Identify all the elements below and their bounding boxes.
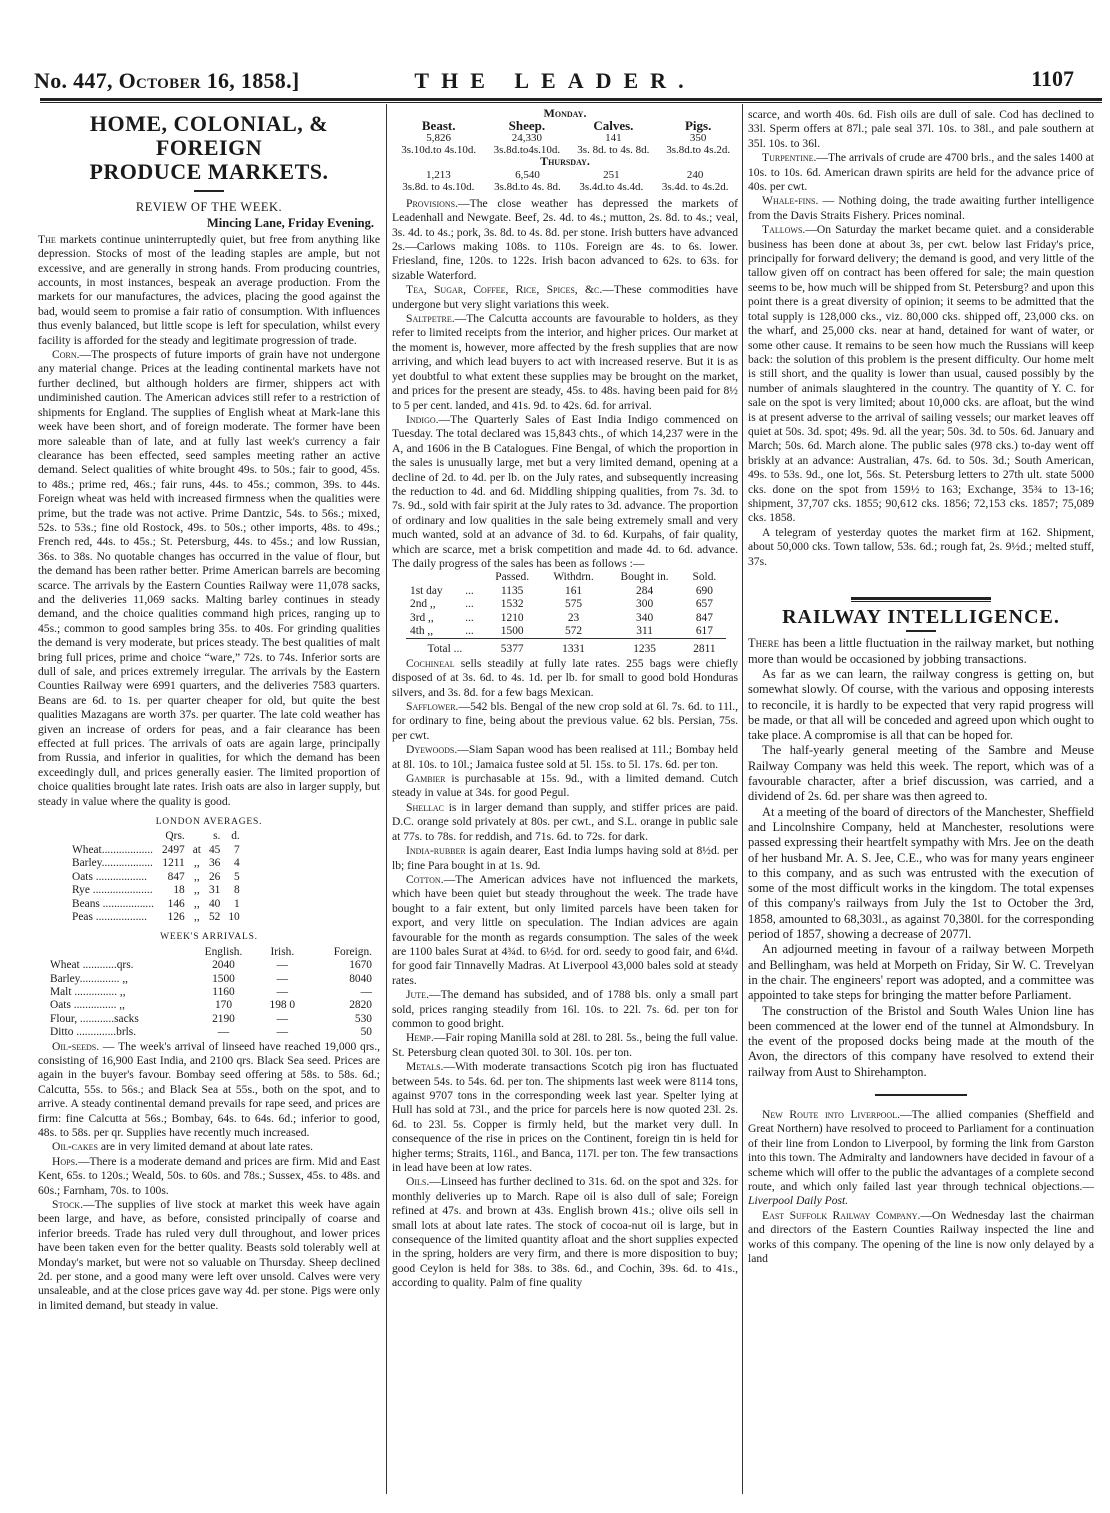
paragraph-india-rubber: India-rubber is again dearer, East India… xyxy=(392,844,738,873)
paragraph-cochineal: Cochineal sells steadily at fully late r… xyxy=(392,657,738,700)
cattle-market-table: 1,2136,540251240 3s.8d. to 4s.10d.3s.8d.… xyxy=(392,169,738,193)
paragraph-indigo: Indigo.—The Quarterly Sales of East Indi… xyxy=(392,413,738,571)
paragraph-stock: Stock.—The supplies of live stock at mar… xyxy=(38,1198,380,1313)
table-row: 2nd ,,...1532575300657 xyxy=(406,598,726,611)
paragraph-railway-market: There has been a little fluctuation in t… xyxy=(748,636,1094,667)
divider xyxy=(875,1094,967,1096)
table-row: Wheat ............qrs.2040—1670 xyxy=(46,959,376,972)
table-row: Rye .....................18,,318 xyxy=(68,884,244,897)
table-row: Flour, ............sacks2190—530 xyxy=(46,1013,376,1026)
paragraph-morpeth-bellingham: An adjourned meeting in favour of a rail… xyxy=(748,942,1094,1003)
paragraph-provisions: Provisions.—The close weather has depres… xyxy=(392,197,738,283)
table-row: Beans ..................146,,401 xyxy=(68,898,244,911)
column-commodities: Monday. Beast.Sheep.Calves.Pigs. 5,82624… xyxy=(392,108,738,1291)
paragraph-whale-fins: Whale-fins. — Nothing doing, the trade a… xyxy=(748,194,1094,223)
railway-headline: RAILWAY INTELLIGENCE. xyxy=(748,610,1094,624)
table-row: 4th ,,...1500572311617 xyxy=(406,625,726,639)
paragraph-intro: The markets continue uninterruptedly qui… xyxy=(38,233,380,348)
table-row: Wheat..................2497at457 xyxy=(68,844,244,857)
day-label: Thursday. xyxy=(392,154,738,168)
table-total-row: Total ...5377133112352811 xyxy=(406,643,726,656)
table-row: 1st day...1135161284690 xyxy=(406,585,726,598)
page-number: 1107 xyxy=(1031,66,1074,92)
masthead: No. 447, October 16, 1858.] THE LEADER. … xyxy=(0,62,1110,98)
paragraph-metals: Metals.—With moderate transactions Scotc… xyxy=(392,1060,738,1175)
column-markets: HOME, COLONIAL, & FOREIGNPRODUCE MARKETS… xyxy=(38,108,380,1313)
table-row: Malt ............... ,,1160—— xyxy=(46,986,376,999)
paragraph-saltpetre: Saltpetre.—The Calcutta accounts are fav… xyxy=(392,312,738,413)
column-divider xyxy=(386,104,387,1494)
table-row: 5,82624,330141350 xyxy=(392,132,738,144)
newspaper-title: THE LEADER. xyxy=(0,68,1110,94)
paragraph-hemp: Hemp.—Fair roping Manilla sold at 28l. t… xyxy=(392,1031,738,1060)
paragraph-hops: Hops.—There is a moderate demand and pri… xyxy=(38,1155,380,1198)
paragraph-oils-continued: scarce, and worth 40s. 6d. Fish oils are… xyxy=(748,108,1094,151)
divider xyxy=(194,190,224,192)
divider xyxy=(906,630,936,632)
cattle-market-table: Beast.Sheep.Calves.Pigs. 5,82624,3301413… xyxy=(392,120,738,156)
paragraph-manchester-sheffield: At a meeting of the board of directors o… xyxy=(748,805,1094,943)
paragraph-sambre-meuse: The half-yearly general meeting of the S… xyxy=(748,743,1094,804)
paragraph-jute: Jute.—The demand has subsided, and of 17… xyxy=(392,988,738,1031)
paragraph-oilcakes: Oil-cakes are in very limited demand at … xyxy=(38,1140,380,1154)
paragraph-corn: Corn.—The prospects of future imports of… xyxy=(38,348,380,809)
railway-section: There has been a little fluctuation in t… xyxy=(748,636,1094,1080)
table-row: 1,2136,540251240 xyxy=(392,169,738,181)
table-row: Barley..................1211,,364 xyxy=(68,857,244,870)
section-headline: HOME, COLONIAL, & FOREIGNPRODUCE MARKETS… xyxy=(38,112,380,184)
paragraph-cotton: Cotton.—The American advices have not in… xyxy=(392,873,738,988)
table-row: Peas ..................126,,5210 xyxy=(68,911,244,924)
table-row: Oats ............... ,,170198 02820 xyxy=(46,999,376,1012)
masthead-rule xyxy=(40,98,1102,103)
paragraph-dyewoods: Dyewoods.—Siam Sapan wood has been reali… xyxy=(392,743,738,772)
paragraph-safflower: Safflower.—542 bls. Bengal of the new cr… xyxy=(392,700,738,743)
table-row: Barley.............. ,,1500—8040 xyxy=(46,973,376,986)
subheadline: REVIEW OF THE WEEK. xyxy=(38,200,380,214)
paragraph-oilseeds: Oil-seeds. — The week's arrival of linse… xyxy=(38,1040,380,1141)
paragraph-tallows: Tallows.—On Saturday the market became q… xyxy=(748,223,1094,526)
paragraph-east-suffolk: East Suffolk Railway Company.—On Wednesd… xyxy=(748,1209,1094,1267)
paragraph-oils: Oils.—Linseed has further declined to 31… xyxy=(392,1175,738,1290)
table-caption: WEEK'S ARRIVALS. xyxy=(38,930,380,944)
indigo-sales-table: Passed.Withdrn.Bought in.Sold. 1st day..… xyxy=(406,571,726,656)
table-row: Oats ..................847,,265 xyxy=(68,871,244,884)
weeks-arrivals-table: English.Irish.Foreign. Wheat ...........… xyxy=(46,946,376,1040)
paragraph-tea: Tea, Sugar, Coffee, Rice, Spices, &c.—Th… xyxy=(392,283,738,312)
table-row: 3rd ,,...121023340847 xyxy=(406,612,726,625)
paragraph-bristol-south-wales: The construction of the Bristol and Sout… xyxy=(748,1004,1094,1080)
column-divider xyxy=(742,104,743,1494)
paragraph-telegram: A telegram of yesterday quotes the marke… xyxy=(748,526,1094,569)
paragraph-railway-congress: As far as we can learn, the railway cong… xyxy=(748,667,1094,743)
london-averages-table: Qrs.s.d. Wheat..................2497at45… xyxy=(68,830,244,924)
table-caption: LONDON AVERAGES. xyxy=(38,815,380,829)
paragraph-liverpool-route: New Route into Liverpool.—The allied com… xyxy=(748,1108,1094,1209)
paragraph-gambier: Gambier is purchasable at 15s. 9d., with… xyxy=(392,772,738,801)
dateline: Mincing Lane, Friday Evening. xyxy=(38,216,380,230)
paragraph-turpentine: Turpentine.—The arrivals of crude are 47… xyxy=(748,151,1094,194)
column-tallow-railway: scarce, and worth 40s. 6d. Fish oils are… xyxy=(748,108,1094,1266)
table-row: 3s.8d. to 4s.10d.3s.8d.to 4s. 8d.3s.4d.t… xyxy=(392,181,738,193)
table-row: Ditto ..............brls.——50 xyxy=(46,1026,376,1039)
section-divider xyxy=(851,597,991,602)
paragraph-shellac: Shellac is in larger demand than supply,… xyxy=(392,801,738,844)
